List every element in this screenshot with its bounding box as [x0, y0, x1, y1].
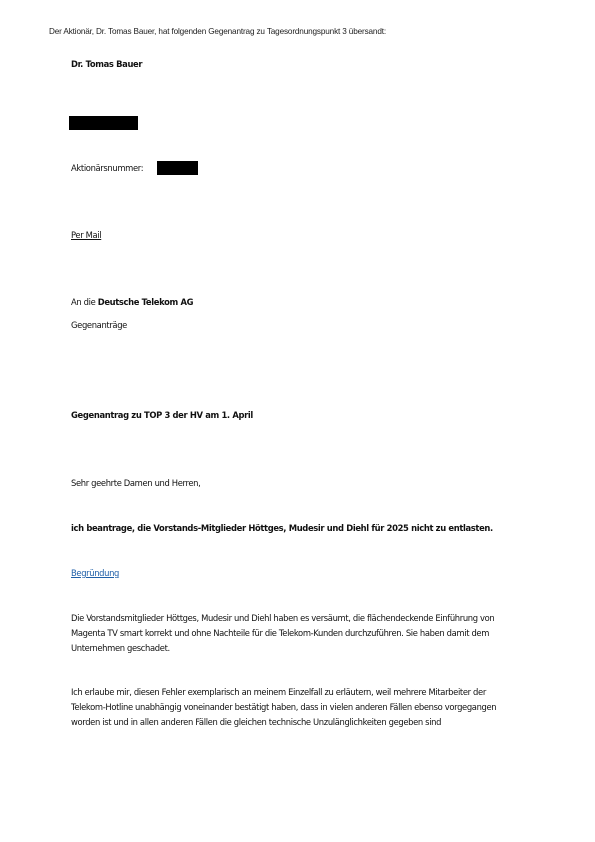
salutation: Sehr geehrte Damen und Herren,	[71, 478, 200, 488]
delivery-method: Per Mail	[71, 230, 101, 240]
redacted-shareholder-number	[157, 161, 198, 175]
paragraph-1: Die Vorstandsmitglieder Höttges, Mudesir…	[71, 611, 521, 656]
recipient-company: Deutsche Telekom AG	[98, 297, 193, 307]
motion: ich beantrage, die Vorstands-Mitglieder …	[71, 523, 493, 533]
reason-heading-link[interactable]: Begründung	[71, 568, 119, 578]
header-note: Der Aktionär, Dr. Tomas Bauer, hat folge…	[49, 27, 386, 36]
recipient-prefix: An die	[71, 297, 98, 307]
sender-name: Dr. Tomas Bauer	[71, 59, 142, 69]
redacted-address	[69, 116, 138, 130]
subject: Gegenantrag zu TOP 3 der HV am 1. April	[71, 410, 253, 420]
recipient-department: Gegenanträge	[71, 320, 127, 330]
paragraph-2: Ich erlaube mir, diesen Fehler exemplari…	[71, 685, 521, 730]
shareholder-number-label: Aktionärsnummer:	[71, 163, 143, 173]
recipient-line: An die Deutsche Telekom AG	[71, 297, 193, 307]
